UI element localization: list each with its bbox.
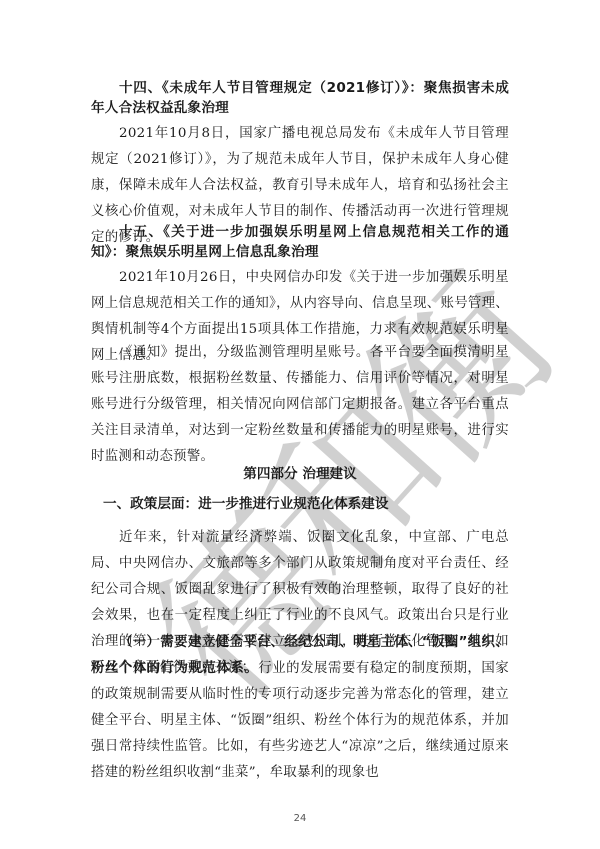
section-15-heading: 十五、《关于进一步加强娱乐明星网上信息规范相关工作的通知》：聚焦娱乐明星网上信息… [91, 222, 509, 262]
section-14-heading: 十四、《未成年人节目管理规定（2021修订）》：聚焦损害未成年人合法权益乱象治理 [91, 78, 509, 118]
document-page: 德和衡 十四、《未成年人节目管理规定（2021修订）》：聚焦损害未成年人合法权益… [0, 0, 600, 849]
point-1-paragraph: （一）需要建立健全平台、经纪公司、明星主体、“饭圈”组织、粉丝个体的行为规范体系… [91, 630, 509, 786]
section-15-paragraph-2: 《通知》提出，分级监测管理明星账号。各平台要全面摸清明星账号注册底数，根据粉丝数… [91, 340, 509, 470]
part-title: 第四部分 治理建议 [0, 462, 600, 482]
subsection-heading: 一、政策层面：进一步推进行业规范化体系建设 [91, 494, 509, 514]
point-1-body: 行业的发展需要有稳定的制度预期，国家的政策规制需要从临时性的专项行动逐步完善为常… [91, 661, 509, 780]
page-number: 24 [0, 813, 600, 824]
